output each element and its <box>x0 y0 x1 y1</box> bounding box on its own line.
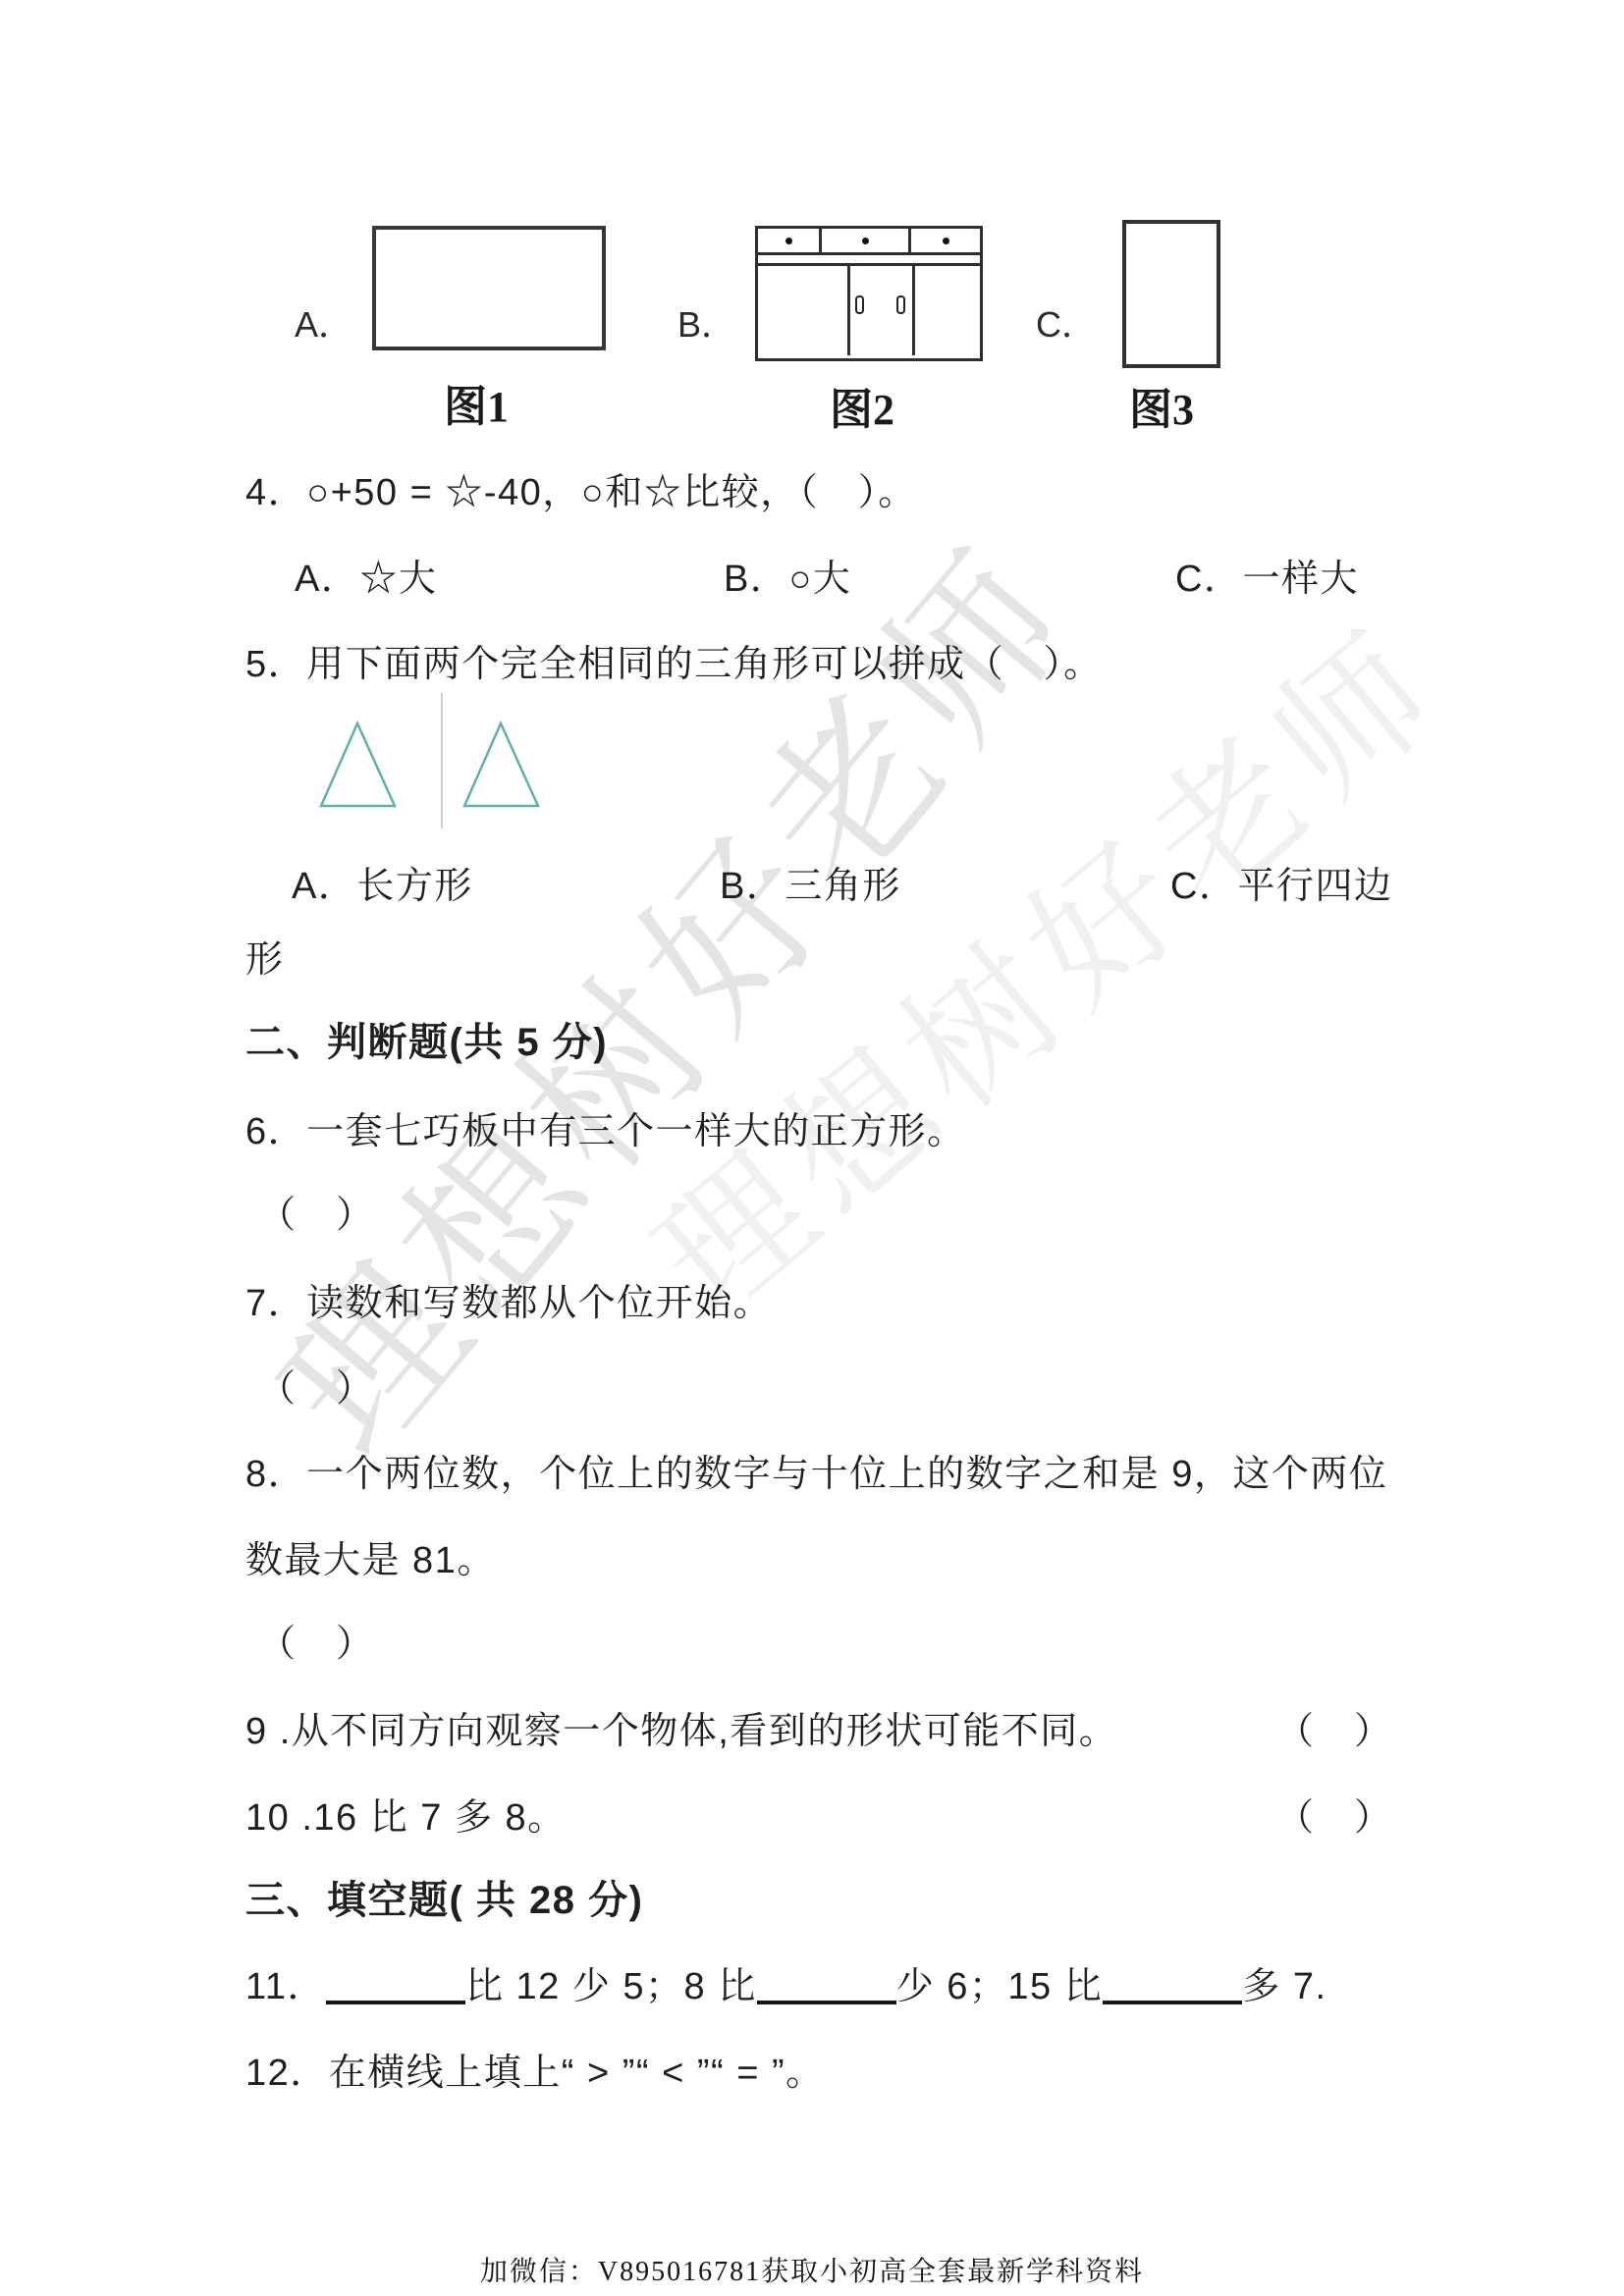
exam-paper-page: 理想树好老师 理想树好老师 A． 图1 B． 图2 C． 图3 4．○+50 =… <box>0 0 1624 2296</box>
question-10-stem: 10 .16 比 7 多 8。 <box>245 1796 567 1840</box>
question-7-answer-bracket: （ ） <box>258 1367 375 1411</box>
figure-1-caption: 图1 <box>444 371 509 434</box>
question-7-stem: 7．读数和写数都从个位开始。 <box>245 1282 772 1325</box>
fill-blank-underline <box>1103 1967 1242 2004</box>
question-11-prefix: 11． <box>245 1966 326 2007</box>
question-8-stem-line1: 8．一个两位数，个位上的数字与十位上的数字之和是 9，这个两位 <box>245 1453 1387 1496</box>
figure-option-b-label: B． <box>677 297 736 347</box>
question-11-stem: 11．比 12 少 5；8 比少 6；15 比多 7. <box>245 1965 1327 2008</box>
cabinet-drawer <box>822 229 911 252</box>
section-judge-title: 二、判断题(共 5 分) <box>245 1021 608 1064</box>
question-5-option-b: B．三角形 <box>720 865 901 908</box>
drawer-knob-icon <box>785 238 792 244</box>
figure-option-c-label: C． <box>1036 297 1097 347</box>
question-5-option-a: A．长方形 <box>292 865 473 908</box>
cabinet-drawer <box>758 229 822 252</box>
footer-contact-text: 加微信：V895016781获取小初高全套最新学科资料 <box>0 2250 1624 2289</box>
triangle-icon <box>316 720 399 810</box>
cabinet-door-divider <box>912 266 915 355</box>
cabinet-drawer <box>911 229 980 252</box>
question-11-segment-3: 多 7. <box>1242 1966 1326 2007</box>
question-12-stem: 12．在横线上填上“ > ”“ < ”“ = ”。 <box>245 2052 825 2095</box>
drawer-knob-icon <box>943 238 949 244</box>
question-5-stem: 5．用下面两个完全相同的三角形可以拼成（ ）。 <box>245 643 1103 686</box>
question-11-segment-2: 少 6；15 比 <box>896 1966 1104 2007</box>
question-4-stem: 4．○+50 = ☆-40，○和☆比较，（ ）。 <box>245 471 917 514</box>
question-9-answer-bracket: （ ） <box>1276 1710 1393 1753</box>
cabinet-trim-strip <box>758 255 980 266</box>
triangle-divider-line <box>441 693 443 828</box>
question-8-stem-line2: 数最大是 81。 <box>245 1539 496 1582</box>
figure-1-rectangle <box>372 226 606 350</box>
drawer-knob-icon <box>862 238 869 244</box>
fill-blank-underline <box>757 1967 896 2004</box>
question-5-option-c: C．平行四边 <box>1170 865 1392 908</box>
figure-3-rectangle <box>1122 220 1220 368</box>
figure-2-caption: 图2 <box>830 374 894 437</box>
fill-blank-underline <box>326 1967 465 2004</box>
question-4-option-a: A．☆大 <box>295 558 437 601</box>
question-10-answer-bracket: （ ） <box>1276 1796 1393 1840</box>
question-6-stem: 6．一套七巧板中有三个一样大的正方形。 <box>245 1110 966 1153</box>
question-5-option-c-wrapped-char: 形 <box>245 938 285 982</box>
cabinet-drawer-row <box>758 229 980 255</box>
question-11-segment-1: 比 12 少 5；8 比 <box>465 1966 757 2007</box>
figure-3-caption: 图3 <box>1129 374 1194 437</box>
question-6-answer-bracket: （ ） <box>258 1194 375 1237</box>
figure-2-cabinet <box>755 226 983 361</box>
cabinet-door-divider <box>847 266 850 355</box>
figure-option-a-label: A． <box>295 297 353 347</box>
triangle-icon <box>460 720 542 810</box>
question-4-option-b: B．○大 <box>724 558 851 601</box>
door-handle-icon <box>896 295 905 314</box>
cabinet-door-area <box>758 266 980 355</box>
watermark-text: 理想树好老师 <box>215 486 1119 1497</box>
question-4-option-c: C．一样大 <box>1175 558 1359 601</box>
door-handle-icon <box>855 295 864 314</box>
question-8-answer-bracket: （ ） <box>258 1623 375 1666</box>
watermark-text-secondary: 理想树好老师 <box>603 570 1480 1354</box>
section-fill-title: 三、填空题( 共 28 分) <box>245 1879 643 1922</box>
question-9-stem: 9 .从不同方向观察一个物体,看到的形状可能不同。 <box>245 1710 1117 1753</box>
